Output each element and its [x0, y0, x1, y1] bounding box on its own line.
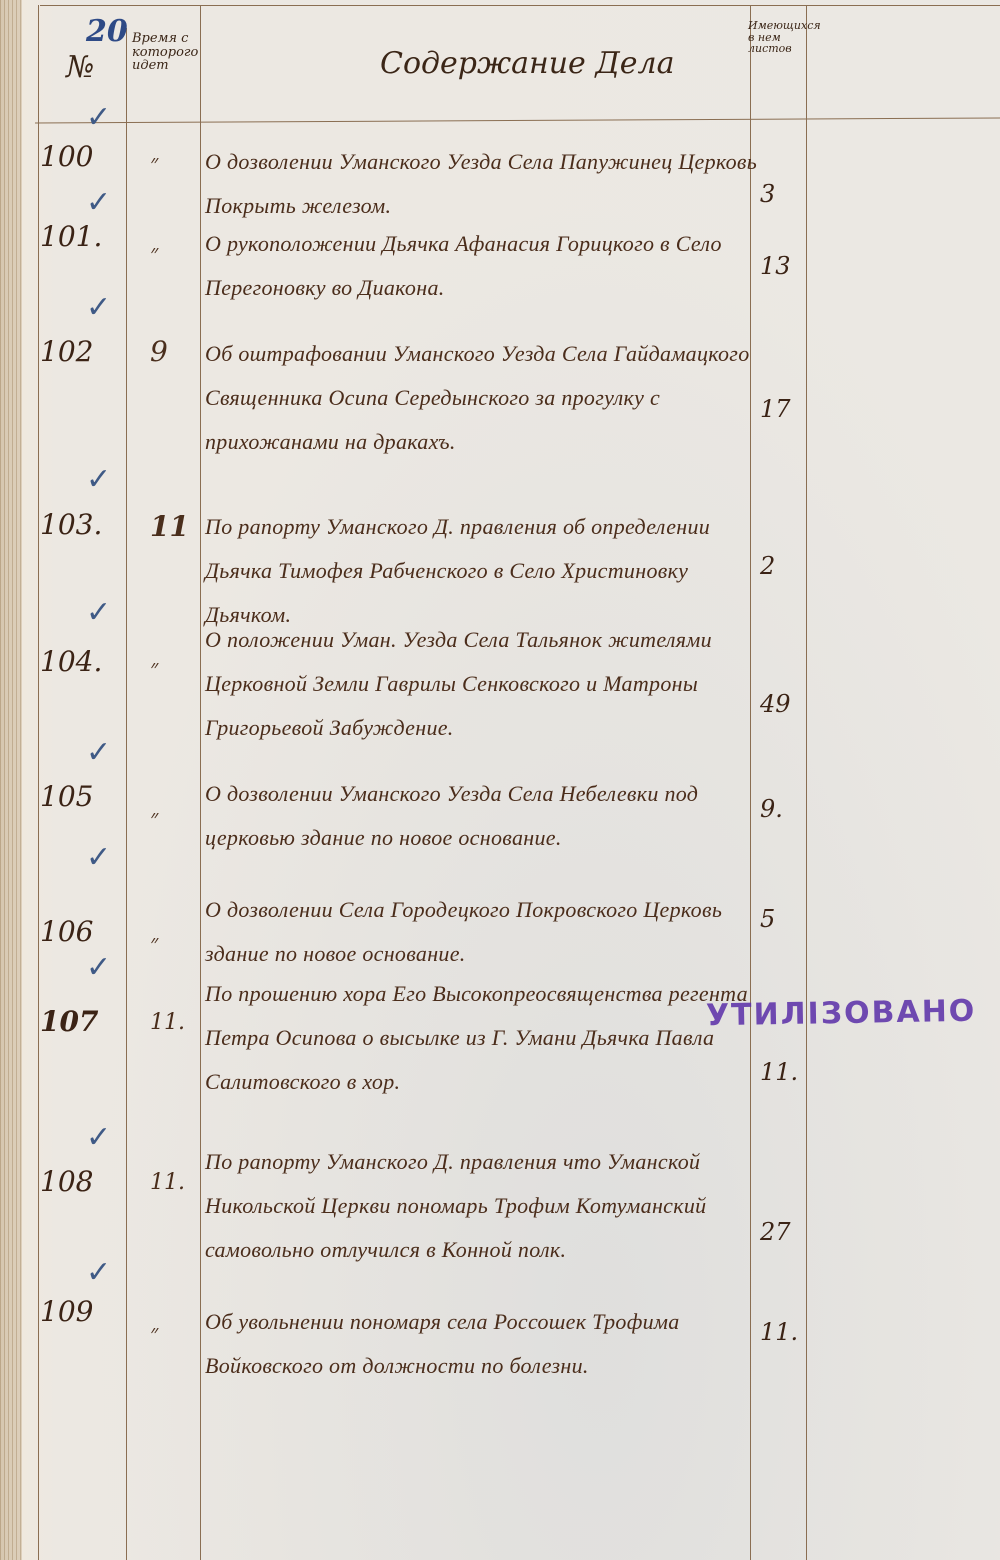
entry-sheets: 11.	[760, 1058, 798, 1086]
entry-content: По прошению хора Его Высокопреосвященств…	[205, 972, 765, 1104]
column-header-date: Время с которого идет	[132, 32, 212, 73]
column-divider-margin	[806, 5, 807, 1560]
entry-number: 100	[40, 140, 93, 173]
entry-number: 109	[40, 1295, 93, 1328]
page-number: 20	[86, 16, 128, 48]
entry-number: 106	[40, 915, 93, 948]
book-binding	[0, 0, 22, 1560]
entry-number: 104.	[40, 645, 102, 678]
entry-content: О рукоположении Дьячка Афанасия Горицког…	[205, 222, 765, 310]
entry-date: ״	[150, 805, 158, 831]
checkmark-icon: ✓	[86, 735, 111, 770]
entry-sheets: 2	[760, 552, 775, 580]
entry-content: Об увольнении пономаря села Россошек Тро…	[205, 1300, 765, 1388]
checkmark-icon: ✓	[86, 950, 111, 985]
entry-content: О дозволении Села Городецкого Покровског…	[205, 888, 765, 976]
entry-sheets: 49	[760, 690, 791, 718]
entry-date: ״	[150, 1320, 158, 1346]
entry-date: 11	[150, 510, 189, 543]
entry-content: Об оштрафовании Уманского Уезда Села Гай…	[205, 332, 765, 464]
entry-date: 11.	[150, 1010, 185, 1035]
checkmark-icon: ✓	[86, 1120, 111, 1155]
entry-sheets: 27	[760, 1218, 791, 1246]
column-divider-content	[200, 5, 201, 1560]
column-header-sheets: Имеющихся в нем листов	[748, 20, 798, 55]
entry-date: ״	[150, 930, 158, 956]
entry-sheets: 9.	[760, 795, 783, 823]
entry-content: О дозволении Уманского Уезда Села Небеле…	[205, 772, 765, 860]
entry-number: 105	[40, 780, 93, 813]
checkmark-icon: ✓	[86, 100, 111, 135]
checkmark-icon: ✓	[86, 185, 111, 220]
entry-content: По рапорту Уманского Д. правления что Ум…	[205, 1140, 765, 1272]
column-divider-number	[38, 5, 39, 1560]
top-rule	[40, 5, 1000, 6]
entry-sheets: 5	[760, 905, 775, 933]
entry-date: ״	[150, 150, 158, 176]
entry-sheets: 17	[760, 395, 791, 423]
register-page: 20 № Время с которого идет Содержание Де…	[0, 0, 1000, 1560]
checkmark-icon: ✓	[86, 840, 111, 875]
entry-date: 9	[150, 335, 168, 368]
entry-number: 108	[40, 1165, 93, 1198]
entry-sheets: 11.	[760, 1318, 798, 1346]
entry-number: 101.	[40, 220, 102, 253]
column-header-number: №	[66, 52, 94, 84]
entry-content: О положении Уман. Уезда Села Тальянок жи…	[205, 618, 765, 750]
entry-number: 107	[40, 1005, 98, 1038]
column-header-content: Содержание Дела	[380, 48, 674, 80]
checkmark-icon: ✓	[86, 1255, 111, 1290]
column-divider-date	[126, 28, 127, 1560]
entry-sheets: 13	[760, 252, 791, 280]
entry-number: 103.	[40, 508, 102, 541]
entry-number: 102	[40, 335, 93, 368]
entry-date: 11.	[150, 1170, 185, 1195]
entry-date: ״	[150, 240, 158, 266]
entry-sheets: 3	[760, 180, 775, 208]
checkmark-icon: ✓	[86, 462, 111, 497]
checkmark-icon: ✓	[86, 595, 111, 630]
utilized-stamp: УТИЛІЗОВАНО	[706, 994, 977, 1034]
header-rule	[35, 117, 1000, 123]
entry-date: ״	[150, 655, 158, 681]
checkmark-icon: ✓	[86, 290, 111, 325]
entry-content: О дозволении Уманского Уезда Села Папужи…	[205, 140, 765, 228]
